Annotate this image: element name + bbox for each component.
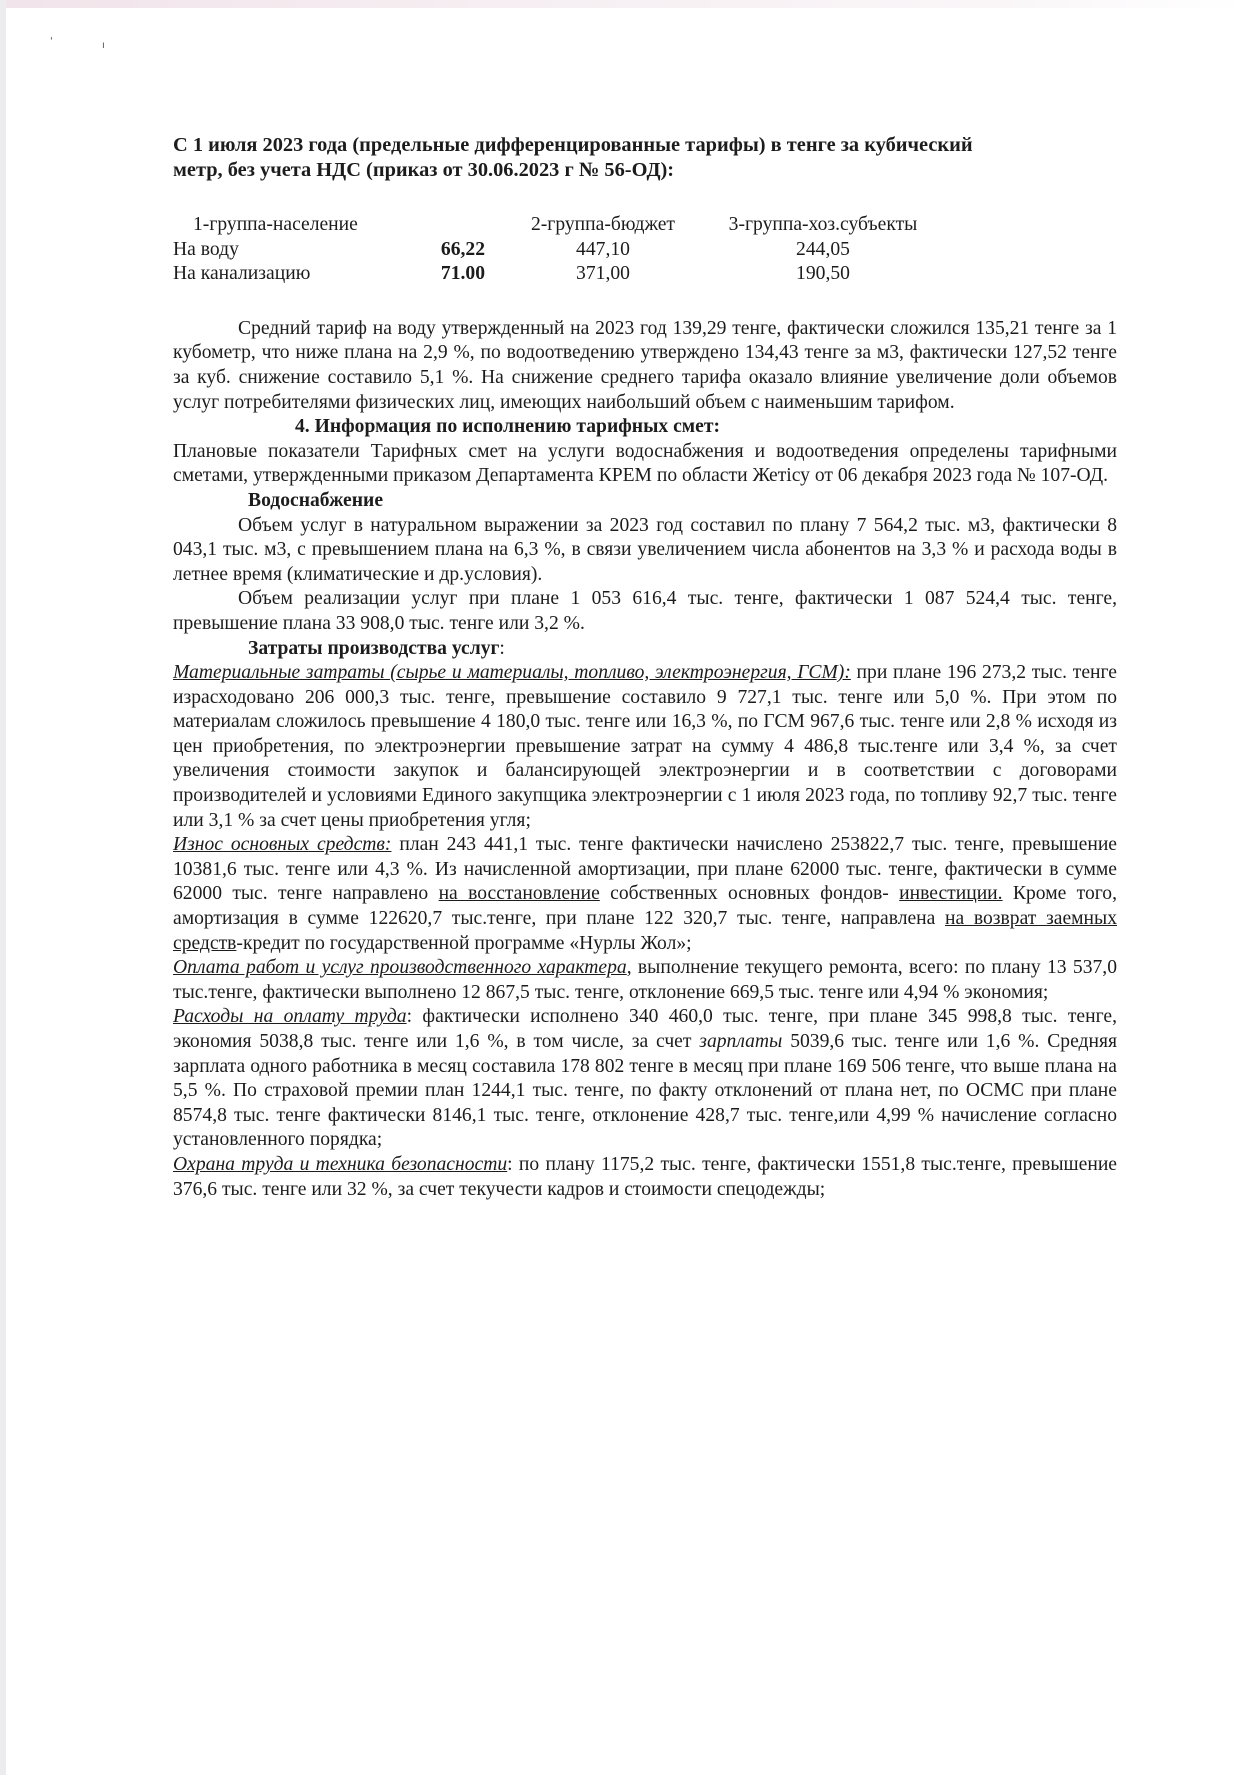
row-label-sewer: На канализацию xyxy=(173,262,373,287)
water-group2-value: 447,10 xyxy=(513,238,693,263)
safety-paragraph: Охрана труда и техника безопасности: по … xyxy=(173,1153,1117,1202)
document-page: ' ı С 1 июля 2023 года (предельные диффе… xyxy=(0,0,1239,1775)
avg-tariff-paragraph: Средний тариф на воду утвержденный на 20… xyxy=(173,317,1117,415)
volume-paragraph: Объем услуг в натуральном выражении за 2… xyxy=(173,514,1117,588)
section-4-intro: Плановые показатели Тарифных смет на усл… xyxy=(173,440,1117,489)
tariff-heading: С 1 июля 2023 года (предельные дифференц… xyxy=(173,133,1117,183)
restoration-underlined: на восстановление xyxy=(439,883,600,904)
sewer-group2-value: 371,00 xyxy=(513,262,693,287)
tariff-table: 1-группа-население 2-группа-бюджет 3-гру… xyxy=(173,213,1117,287)
labor-paragraph: Расходы на оплату труда: фактически испо… xyxy=(173,1005,1117,1153)
sewer-group3-value: 190,50 xyxy=(693,262,953,287)
column-header-group1: 1-группа-население xyxy=(173,213,493,238)
water-group1-value: 66,22 xyxy=(373,238,493,263)
section-4-title: 4. Информация по исполнению тарифных сме… xyxy=(173,415,1117,440)
scan-edge xyxy=(6,0,1239,8)
scan-speck: ' xyxy=(50,36,53,47)
repair-label: Оплата работ и услуг производственного х… xyxy=(173,957,627,978)
depreciation-paragraph: Износ основных средств: план 243 441,1 т… xyxy=(173,833,1117,956)
column-header-group3: 3-группа-хоз.субъекты xyxy=(693,213,953,238)
sewer-group1-value: 71.00 xyxy=(373,262,493,287)
scan-speck: ı xyxy=(102,40,105,51)
water-supply-title: Водоснабжение xyxy=(173,489,1117,514)
column-header-group2: 2-группа-бюджет xyxy=(513,213,693,238)
depreciation-label: Износ основных средств: xyxy=(173,834,391,855)
row-label-water: На воду xyxy=(173,238,373,263)
materials-paragraph: Материальные затраты (сырье и материалы,… xyxy=(173,661,1117,833)
safety-label: Охрана труда и техника безопасности xyxy=(173,1154,507,1175)
costs-title: Затраты производства услуг: xyxy=(173,637,1117,662)
document-body: С 1 июля 2023 года (предельные дифференц… xyxy=(173,133,1117,1202)
sales-paragraph: Объем реализации услуг при плане 1 053 6… xyxy=(173,587,1117,636)
repair-paragraph: Оплата работ и услуг производственного х… xyxy=(173,956,1117,1005)
investments-underlined: инвестиции. xyxy=(899,883,1002,904)
materials-label: Материальные затраты (сырье и материалы,… xyxy=(173,662,851,683)
water-group3-value: 244,05 xyxy=(693,238,953,263)
labor-label: Расходы на оплату труда xyxy=(173,1006,407,1027)
salary-word: зарплаты xyxy=(699,1031,782,1052)
